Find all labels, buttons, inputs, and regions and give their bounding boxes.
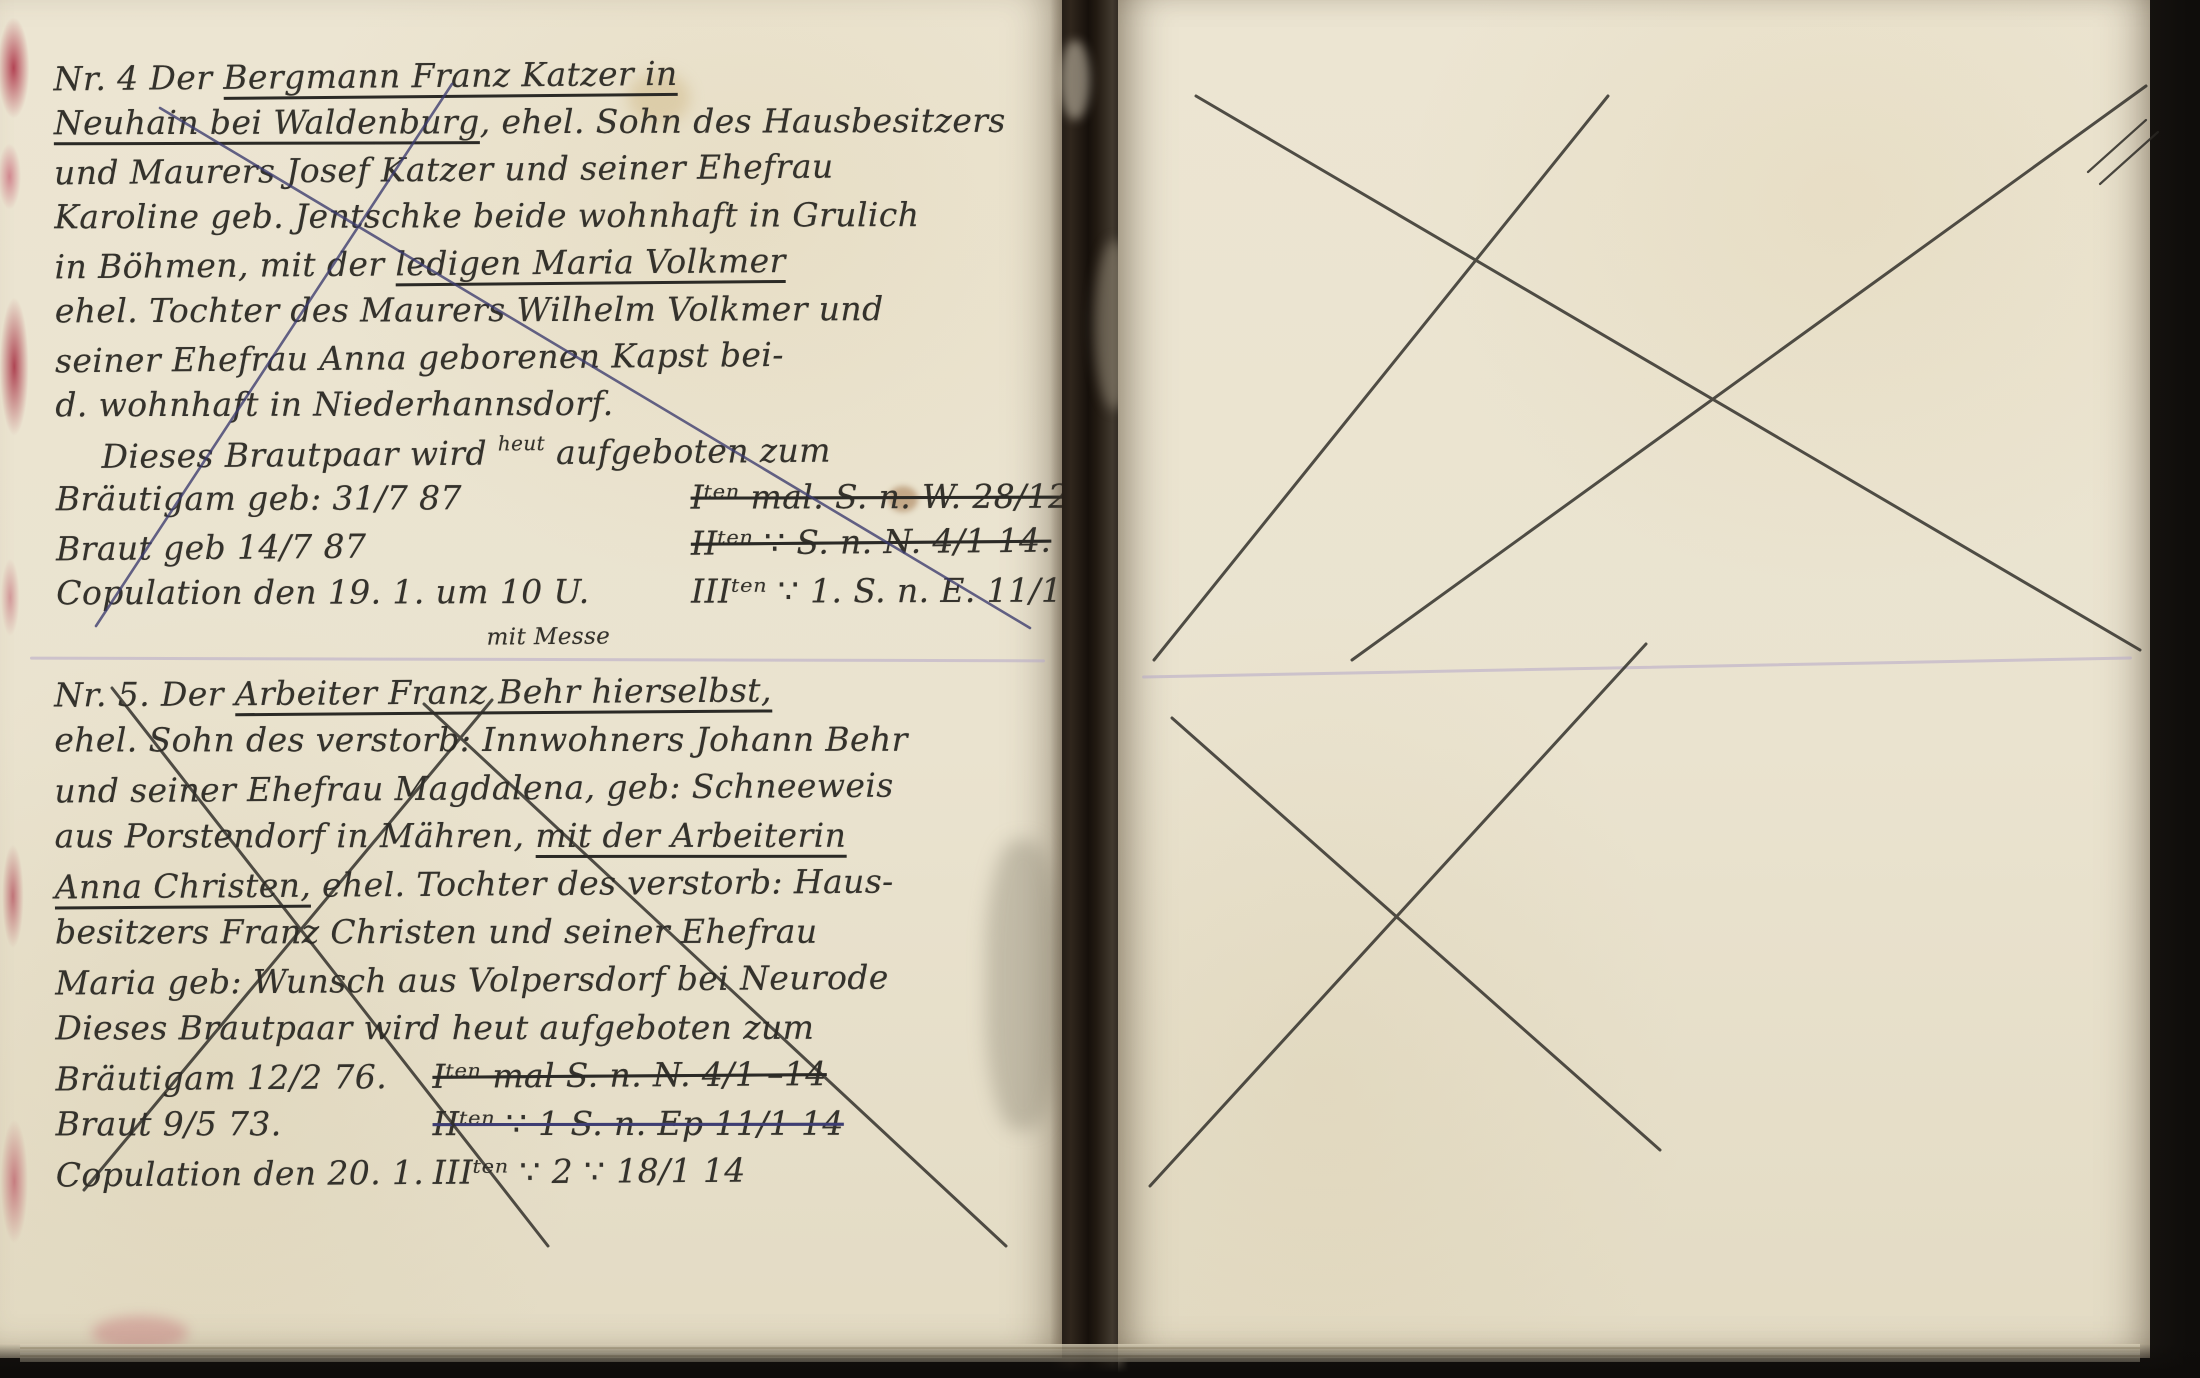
text-segment: Maria geb: Wunsch aus Volpersdorf bei Ne… xyxy=(55,958,889,1003)
manuscript-line: und seiner Ehefrau Magdalena, geb: Schne… xyxy=(54,765,1046,820)
manuscript-line: besitzers Franz Christen und seiner Ehef… xyxy=(55,912,1047,961)
manuscript-line: Neuhain bei Waldenburg, ehel. Sohn des H… xyxy=(54,101,1046,151)
text-segment: Bergmann Franz Katzer in xyxy=(223,54,678,100)
text-segment: Neuhain bei Waldenburg xyxy=(54,102,480,145)
text-segment: Anna Christen, xyxy=(55,866,312,910)
text-segment: Bräutigam 12/2 76. xyxy=(55,1057,387,1098)
bottom-shadow xyxy=(0,1344,2200,1378)
manuscript-line: Dieses Brautpaar wird heut aufgeboten zu… xyxy=(55,1008,1047,1057)
text-segment: Nr. 4 Der xyxy=(53,58,223,98)
text-segment: Dieses Brautpaar wird xyxy=(101,433,498,475)
banns-column: IIᵗᵉⁿ ∵ S. n. N. 4/1 14. xyxy=(691,521,1052,563)
text-segment: mit der Arbeiterin xyxy=(535,816,846,858)
text-segment: aufgeboten zum xyxy=(545,431,831,472)
text-segment: ehel. Sohn des verstorb: Innwohners Joha… xyxy=(54,720,907,760)
manuscript-line: Bräutigam geb: 31/7 87Iᵗᵉⁿ mal. S. n. W.… xyxy=(56,477,1048,527)
book-cover-edge xyxy=(2150,0,2200,1378)
entry-nr5: Nr. 5. Der Arbeiter Franz Behr hierselbs… xyxy=(54,670,1048,1201)
manuscript-line: und Maurers Josef Katzer und seiner Ehef… xyxy=(54,145,1046,201)
gutter-paper-fragment xyxy=(1060,40,1090,120)
text-segment: Copulation den 19. 1. um 10 U. xyxy=(56,572,589,612)
banns-column: IIIᵗᵉⁿ ∵ 2 ∵ 18/1 14 xyxy=(433,1151,746,1192)
text-segment: ehel. Tochter des Maurers Wilhelm Volkme… xyxy=(55,289,884,330)
manuscript-line: Bräutigam 12/2 76.Iᵗᵉⁿ mal S. n. N. 4/1 … xyxy=(55,1053,1047,1108)
marbled-page-edge-left xyxy=(0,0,34,1358)
text-segment: Iᵗᵉⁿ mal S. n. N. 4/1 –14 xyxy=(432,1054,827,1096)
text-segment: , ehel. Sohn des Hausbesitzers xyxy=(480,101,1006,141)
right-page: Nr. 6. Der Junggesell Wilhelm HoffmannAr… xyxy=(1118,0,2150,1358)
manuscript-line: Braut 9/5 73.IIᵗᵉⁿ ∵ 1 S. n. Ep 11/1 14 xyxy=(56,1104,1048,1153)
manuscript-line: d. wohnhaft in Niederhannsdorf. xyxy=(55,383,1047,433)
text-segment: Bräutigam geb: 31/7 87 xyxy=(56,478,462,518)
text-segment: IIᵗᵉⁿ ∵ S. n. N. 4/1 14. xyxy=(691,521,1052,563)
manuscript-line: Nr. 5. Der Arbeiter Franz Behr hierselbs… xyxy=(54,669,1046,724)
text-segment: d. wohnhaft in Niederhannsdorf. xyxy=(55,384,613,424)
manuscript-line: ehel. Tochter des Maurers Wilhelm Volkme… xyxy=(55,289,1047,339)
text-segment: Dieses Brautpaar wird heut aufgeboten zu… xyxy=(55,1008,814,1048)
manuscript-line: Nr. 4 Der Bergmann Franz Katzer in xyxy=(53,51,1045,107)
manuscript-line: Braut geb 14/7 87IIᵗᵉⁿ ∵ S. n. N. 4/1 14… xyxy=(56,521,1048,577)
text-segment: Nr. 5. Der xyxy=(54,674,235,714)
text-segment: IIᵗᵉⁿ ∵ 1 S. n. Ep 11/1 14 xyxy=(433,1104,844,1143)
manuscript-line: seiner Ehefrau Anna geborenen Kapst bei- xyxy=(55,333,1047,389)
text-segment: Karoline geb. Jentschke beide wohnhaft i… xyxy=(54,195,919,236)
text-segment: Braut geb 14/7 87 xyxy=(56,527,367,569)
manuscript-line: aus Porstendorf in Mähren, mit der Arbei… xyxy=(55,816,1047,865)
text-segment: aus Porstendorf in Mähren, xyxy=(55,816,536,855)
text-segment: seiner Ehefrau Anna geborenen Kapst bei- xyxy=(55,335,784,380)
entry-nr4: Nr. 4 Der Bergmann Franz Katzer inNeuhai… xyxy=(53,52,1048,645)
text-segment: und Maurers Josef Katzer und seiner Ehef… xyxy=(54,147,834,193)
text-segment: und seiner Ehefrau Magdalena, geb: Schne… xyxy=(54,766,893,811)
manuscript-line: Anna Christen, ehel. Tochter des verstor… xyxy=(55,861,1047,916)
text-segment: Copulation den 20. 1. xyxy=(56,1153,425,1195)
manuscript-line: Copulation den 20. 1.IIIᵗᵉⁿ ∵ 2 ∵ 18/1 1… xyxy=(56,1149,1048,1204)
text-segment: mit Messe xyxy=(486,623,610,650)
register-book-spread: Nr. 4 Der Bergmann Franz Katzer inNeuhai… xyxy=(0,0,2200,1378)
text-segment: Braut 9/5 73. xyxy=(56,1104,282,1143)
text-segment: in Böhmen, mit der xyxy=(54,244,395,286)
manuscript-line: Maria geb: Wunsch aus Volpersdorf bei Ne… xyxy=(55,957,1047,1012)
text-segment: ehel. Tochter des verstorb: Haus- xyxy=(311,862,894,905)
text-segment: IIIᵗᵉⁿ ∵ 2 ∵ 18/1 14 xyxy=(433,1151,746,1192)
banns-column: IIᵗᵉⁿ ∵ 1 S. n. Ep 11/1 14 xyxy=(433,1104,844,1143)
text-segment: Arbeiter Franz Behr hierselbst, xyxy=(235,670,772,716)
banns-column: Iᵗᵉⁿ mal. S. n. W. 28/12 13 xyxy=(691,477,1062,517)
text-segment: Iᵗᵉⁿ mal. S. n. W. 28/12 xyxy=(691,477,1062,517)
text-segment: ledigen Maria Volkmer xyxy=(395,241,786,286)
banns-column: IIIᵗᵉⁿ ∵ 1. S. n. E. 11/1 14. xyxy=(691,570,1062,610)
manuscript-line: in Böhmen, mit der ledigen Maria Volkmer xyxy=(54,239,1046,295)
manuscript-line: ehel. Sohn des verstorb: Innwohners Joha… xyxy=(54,720,1046,769)
left-page: Nr. 4 Der Bergmann Franz Katzer inNeuhai… xyxy=(0,0,1062,1358)
text-segment: heut xyxy=(498,431,545,455)
manuscript-line: Karoline geb. Jentschke beide wohnhaft i… xyxy=(54,195,1046,245)
manuscript-line: Dieses Brautpaar wird heut aufgeboten zu… xyxy=(55,427,1047,483)
banns-column: Iᵗᵉⁿ mal S. n. N. 4/1 –14 xyxy=(432,1054,827,1096)
text-segment: besitzers Franz Christen und seiner Ehef… xyxy=(55,912,818,952)
text-segment: IIIᵗᵉⁿ ∵ 1. S. n. E. 11/1 14. xyxy=(691,570,1062,610)
